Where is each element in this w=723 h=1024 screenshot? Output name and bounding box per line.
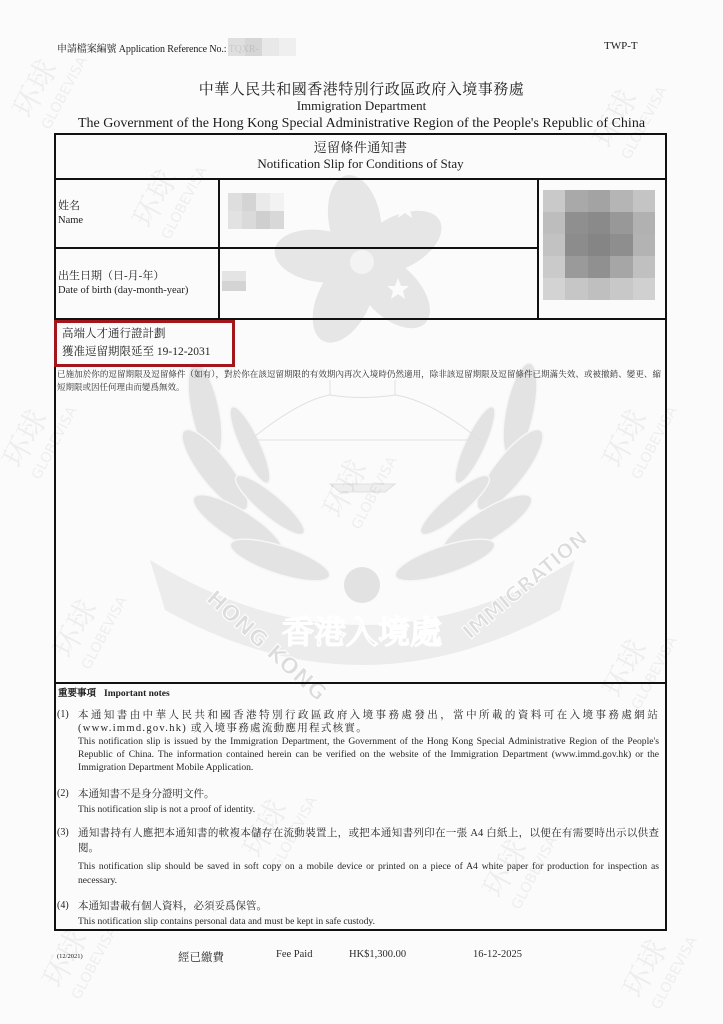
note-number: (3): [57, 827, 69, 838]
important-notes-heading: 重要事項Important notes: [58, 685, 170, 699]
dob-label: Date of birth (day-month-year): [58, 285, 188, 296]
talent-pass-scheme: 高端人才通行證計劃: [62, 325, 166, 341]
note-chinese: 本通知書不是身分證明文件。: [78, 788, 659, 801]
divider: [218, 179, 220, 319]
note-number: (4): [57, 900, 69, 911]
redacted-name: [228, 193, 284, 229]
fee-paid-chinese: 經已繳費: [178, 949, 224, 965]
fee-amount: HK$1,300.00: [349, 949, 406, 960]
form-code: TWP-T: [604, 40, 638, 52]
divider: [54, 247, 537, 249]
divider: [54, 178, 667, 180]
note-english: This notification slip contains personal…: [78, 915, 659, 928]
note-chinese: 通知書持有人應把本通知書的軟複本儲存在流動裝置上，或把本通知書列印在一張 A4 …: [78, 826, 659, 856]
issuer-chinese: 中華人民共和國香港特別行政區政府入境事務處: [0, 78, 723, 99]
note-english: This notification slip is issued by the …: [78, 735, 659, 774]
note-chinese: 本通知書由中華人民共和國香港特別行政區政府入境事務處發出，當中所載的資料可在入境…: [78, 709, 659, 735]
note-chinese: 本通知書載有個人資料，必須妥爲保管。: [78, 900, 659, 913]
note-english: This notification slip should be saved i…: [78, 860, 659, 888]
slip-title-chinese: 逗留條件通知書: [54, 137, 667, 156]
divider: [54, 682, 667, 684]
form-version: (12/2021): [57, 953, 83, 960]
note-english: This notification slip is not a proof of…: [78, 803, 659, 816]
reference-label: 申請檔案編號 Application Reference No.:: [57, 44, 226, 55]
redacted-date-of-birth: [222, 271, 246, 291]
government-name: The Government of the Hong Kong Special …: [0, 116, 723, 132]
notification-slip: 申請檔案編號 Application Reference No.: TQXR- …: [0, 0, 723, 1024]
stay-extension: 獲准逗留期限延至 19-12-2031: [62, 343, 211, 359]
name-label: Name: [58, 215, 83, 226]
slip-title: Notification Slip for Conditions of Stay: [54, 156, 667, 172]
divider: [537, 179, 539, 319]
notes-heading-english: Important notes: [104, 689, 170, 699]
department-name: Immigration Department: [0, 98, 723, 114]
name-label-chinese: 姓名: [58, 197, 80, 213]
redacted-photo: [543, 190, 655, 300]
notes-heading-chinese: 重要事項: [58, 689, 96, 699]
issue-date: 16-12-2025: [473, 949, 522, 960]
note-number: (2): [57, 788, 69, 799]
note-number: (1): [57, 709, 69, 720]
conditions-statement: 已施加於你的逗留期限及逗留條件（如有），對於你在該逗留期限的有效期內再次入境時仍…: [57, 368, 661, 394]
dob-label-chinese: 出生日期（日-月-年）: [58, 267, 164, 283]
redacted-reference-number: [228, 38, 296, 56]
fee-paid-label: Fee Paid: [276, 949, 312, 960]
